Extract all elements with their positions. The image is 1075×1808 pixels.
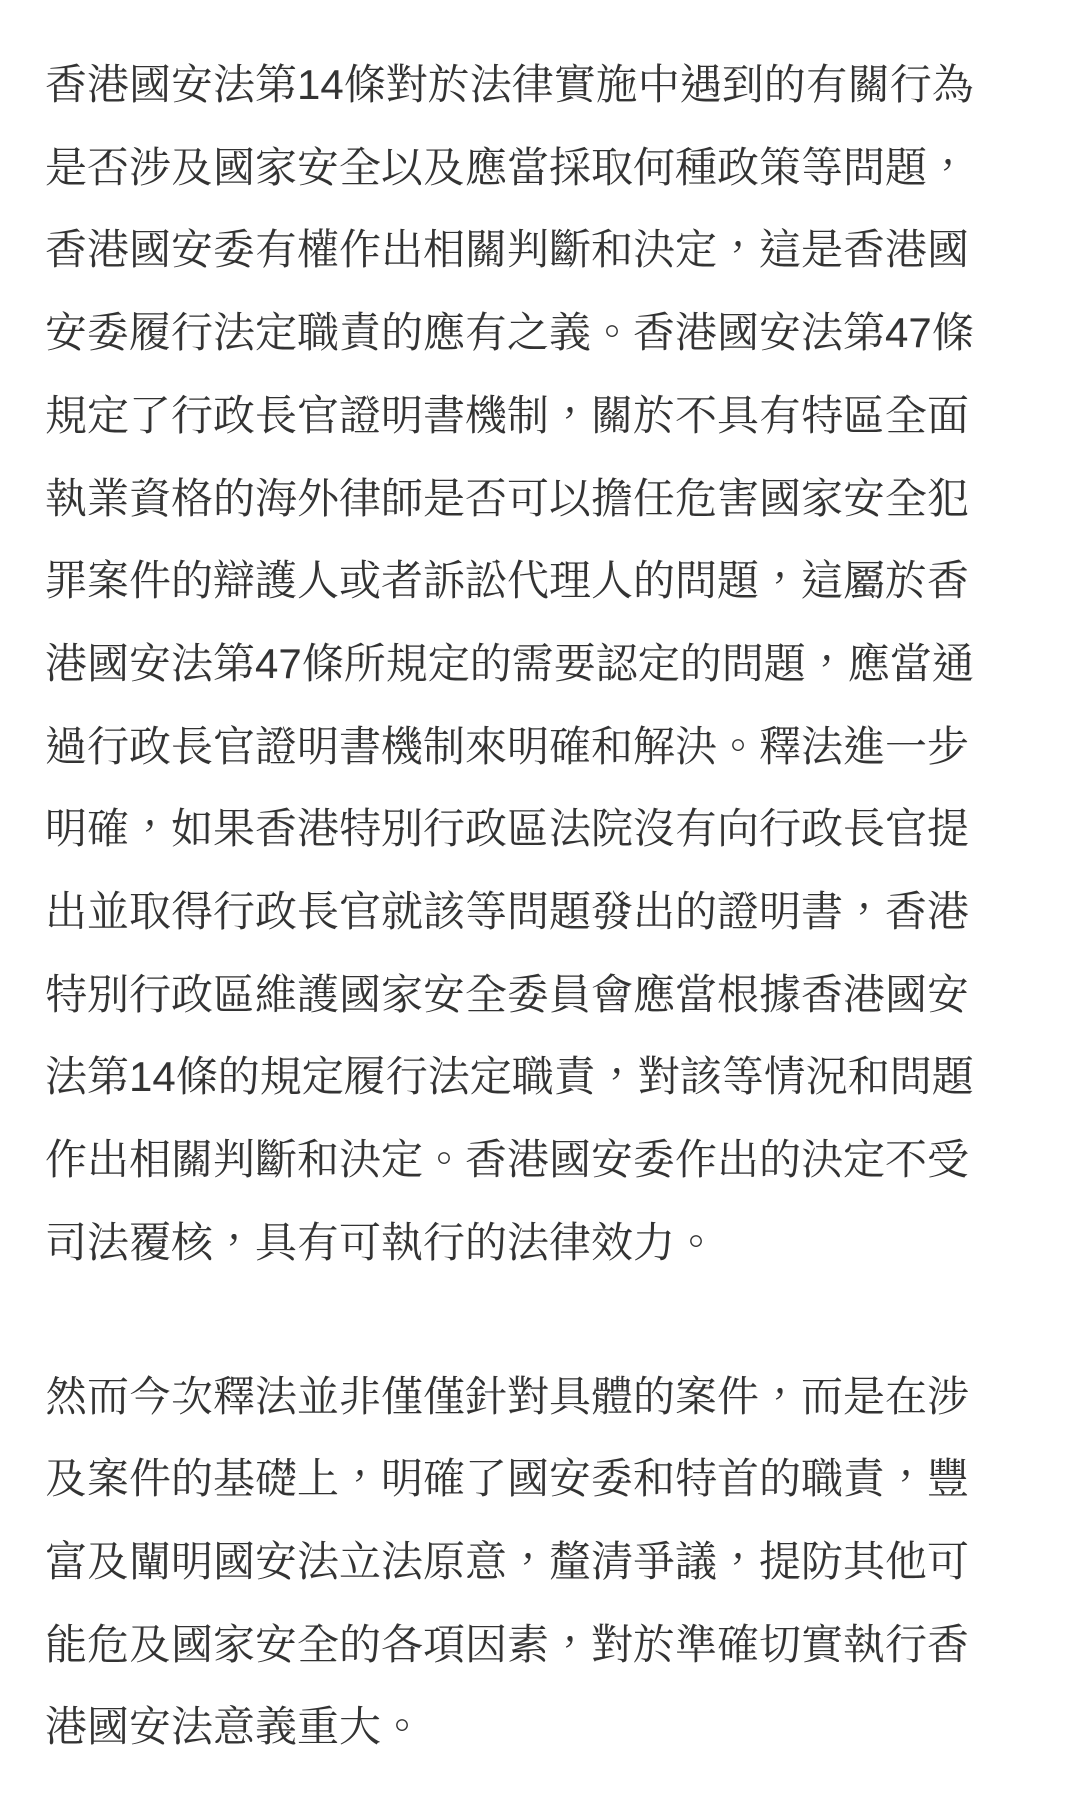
text-line: 罪案件的辯護人或者訴訟代理人的問題，這屬於香 [45, 540, 1037, 623]
text-line: 港國安法意義重大。 [45, 1686, 1037, 1769]
paragraph: 然而今次釋法並非僅僅針對具體的案件，而是在涉及案件的基礎上，明確了國安委和特首的… [45, 1356, 1037, 1770]
paragraph: 香港國安法第14條對於法律實施中遇到的有關行為是否涉及國家安全以及應當採取何種政… [45, 44, 1037, 1285]
text-line: 特別行政區維護國家安全委員會應當根據香港國安 [45, 954, 1037, 1037]
text-line: 出並取得行政長官就該等問題發出的證明書，香港 [45, 871, 1037, 954]
text-line: 是否涉及國家安全以及應當採取何種政策等問題， [45, 127, 1037, 210]
text-line: 富及闡明國安法立法原意，釐清爭議，提防其他可 [45, 1521, 1037, 1604]
text-line: 執業資格的海外律師是否可以擔任危害國家安全犯 [45, 458, 1037, 541]
article-body: 香港國安法第14條對於法律實施中遇到的有關行為是否涉及國家安全以及應當採取何種政… [0, 0, 1075, 1769]
text-line: 明確，如果香港特別行政區法院沒有向行政長官提 [45, 788, 1037, 871]
text-line: 香港國安委有權作出相關判斷和決定，這是香港國 [45, 209, 1037, 292]
text-line: 港國安法第47條所規定的需要認定的問題，應當通 [45, 623, 1037, 706]
text-line: 過行政長官證明書機制來明確和解決。釋法進一步 [45, 706, 1037, 789]
text-line: 作出相關判斷和決定。香港國安委作出的決定不受 [45, 1119, 1037, 1202]
text-line: 規定了行政長官證明書機制，關於不具有特區全面 [45, 375, 1037, 458]
text-line: 及案件的基礎上，明確了國安委和特首的職責，豐 [45, 1438, 1037, 1521]
text-line: 法第14條的規定履行法定職責，對該等情況和問題 [45, 1036, 1037, 1119]
text-line: 能危及國家安全的各項因素，對於準確切實執行香 [45, 1604, 1037, 1687]
text-line: 香港國安法第14條對於法律實施中遇到的有關行為 [45, 44, 1037, 127]
text-line: 然而今次釋法並非僅僅針對具體的案件，而是在涉 [45, 1356, 1037, 1439]
page: { "page": { "background_color": "#ffffff… [0, 0, 1075, 1808]
text-line: 司法覆核，具有可執行的法律效力。 [45, 1202, 1037, 1285]
text-line: 安委履行法定職責的應有之義。香港國安法第47條 [45, 292, 1037, 375]
